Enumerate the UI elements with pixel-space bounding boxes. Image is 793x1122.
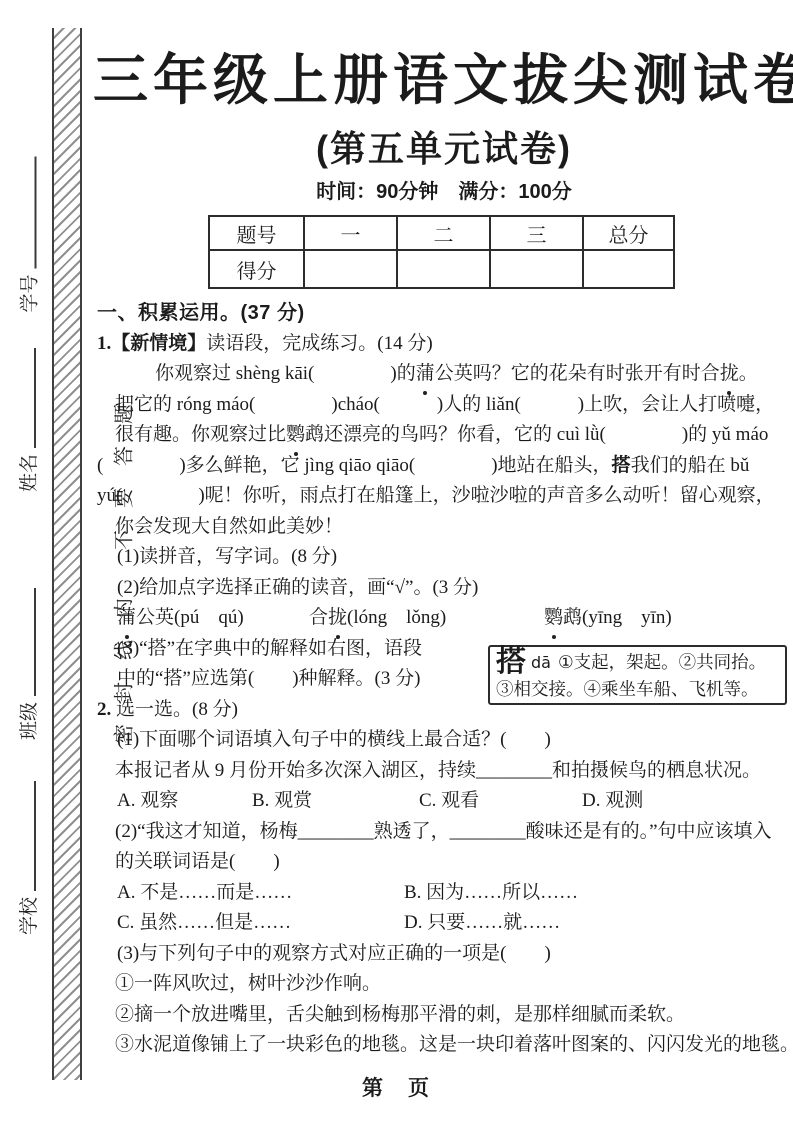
q2-sub1-options: A. 观察B. 观赏C. 观看D. 观测 [95, 786, 793, 817]
dict-box-line2: ③相交接。④乘坐车船、飞机等。 [496, 676, 779, 702]
dict-headword: 搭 [496, 645, 526, 678]
section1-heading: 一、积累运用。(37 分) [95, 298, 793, 329]
score-cell [304, 250, 397, 288]
q2-sub3: (3)与下列句子中的观察方式对应正确的一项是( ) [95, 939, 793, 970]
q1-passage-line6: 你会发现大自然如此美妙！ [95, 512, 793, 543]
score-table-value-row: 得分 [209, 250, 674, 288]
pinyin-item-helong: 合拢(lóng lǒng) [309, 603, 544, 634]
student-id-label: 学号 [14, 274, 41, 312]
q1-label: 1.【新情境】读语段，完成练习。(14 分) [95, 329, 793, 360]
score-header-cell: 题号 [209, 216, 304, 250]
student-name-blank-line [32, 348, 36, 448]
score-cell [490, 250, 583, 288]
q2-sub2-options-row2: C. 虽然……但是……D. 只要……就…… [95, 908, 793, 939]
seal-line-strip: 密封线内不要答题 [52, 28, 82, 1080]
q1-passage-line5: yú( )呢！你听，雨点打在船篷上，沙啦沙啦的声音多么动听！留心观察， [95, 481, 793, 512]
score-cell [583, 250, 674, 288]
school-label: 学校 [14, 897, 41, 935]
option-b: B. 因为……所以…… [404, 882, 578, 903]
option-a: A. 不是……而是…… [117, 878, 404, 909]
score-row-label: 得分 [209, 250, 304, 288]
page-footer: 第 页 [0, 1072, 793, 1102]
student-name-label: 姓名 [14, 454, 41, 492]
q2-sub2-line2: 的关联词语是( ) [95, 847, 793, 878]
score-table-header-row: 题号 一 二 三 总分 [209, 216, 674, 250]
class-blank-line [32, 588, 36, 696]
q2-sub3-item1: ①一阵风吹过，树叶沙沙作响。 [95, 969, 793, 1000]
school-field: 学校 [12, 763, 42, 935]
score-header-cell: 二 [397, 216, 490, 250]
option-c: C. 虽然……但是…… [117, 908, 404, 939]
q1-sub1: (1)读拼音，写字词。(8 分) [95, 542, 793, 573]
option-b: B. 观赏 [252, 786, 419, 817]
dict-definitions-2: ③相交接。④乘坐车船、飞机等。 [496, 679, 759, 699]
exam-body: 一、积累运用。(37 分) 1.【新情境】读语段，完成练习。(14 分) 你观察… [95, 298, 793, 1061]
score-table: 题号 一 二 三 总分 得分 [208, 215, 675, 289]
q2-sub1: (1)下面哪个词语填入句子中的横线上最合适？( ) [95, 725, 793, 756]
option-d: D. 观测 [582, 790, 643, 811]
q2-sub3-item3: ③水泥道像铺上了一块彩色的地毯。这是一块印着落叶图案的、闪闪发光的地毯。 [95, 1030, 793, 1061]
q2-sub3-item2: ②摘一个放进嘴里，舌尖触到杨梅那平滑的刺，是那样细腻而柔软。 [95, 1000, 793, 1031]
class-field: 班级 [12, 570, 42, 740]
option-a: A. 观察 [117, 786, 252, 817]
page-subtitle: (第五单元试卷) [95, 124, 793, 174]
dict-pinyin: dā [531, 653, 551, 672]
student-id-field: 学号 [13, 138, 43, 313]
dict-box-line1: 搭dā①支起，架起。②共同抬。 [496, 649, 779, 676]
score-cell [397, 250, 490, 288]
score-header-cell: 一 [304, 216, 397, 250]
score-header-cell: 三 [490, 216, 583, 250]
q1-sub2: (2)给加点字选择正确的读音，画“√”。(3 分) [95, 573, 793, 604]
time-info: 时间：90分钟 满分：100分 [95, 178, 793, 206]
dict-definitions-1: ①支起，架起。②共同抬。 [558, 652, 766, 672]
option-c: C. 观看 [419, 786, 582, 817]
q1-pinyin-row: 蒲公英(pú qú)合拢(lóng lǒng)鹦鹉(yīng yīn) [95, 603, 793, 634]
q1-passage-line2: 把它的 róng máo( )cháo( )人的 liǎn( )上吹，会让人打喷… [95, 390, 793, 421]
q1-passage-line4: ( )多么鲜艳，它 jìng qiāo qiāo( )地站在船头，搭我们的船在 … [95, 451, 793, 482]
dictionary-definition-box: 搭dā①支起，架起。②共同抬。 ③相交接。④乘坐车船、飞机等。 [488, 645, 787, 705]
score-header-cell: 总分 [583, 216, 674, 250]
exam-paper-page: 密封线内不要答题 学号 姓名 班级 学校 三年级上册语文拔尖测试卷 (第五单元试… [0, 0, 793, 1122]
page-title: 三年级上册语文拔尖测试卷 [93, 40, 793, 120]
q1-passage-line3: 很有趣。你观察过比鹦鹉还漂亮的鸟吗？你看，它的 cuì lǜ( )的 yǔ má… [95, 420, 793, 451]
q2-sub2-line1: (2)“我这才知道，杨梅________熟透了，________酸味还是有的。”… [95, 817, 793, 848]
q2-sub2-options-row1: A. 不是……而是……B. 因为……所以…… [95, 878, 793, 909]
pinyin-item-pugongying: 蒲公英(pú qú) [117, 603, 309, 634]
student-name-field: 姓名 [12, 330, 42, 492]
q2-sub1-sentence: 本报记者从 9 月份开始多次深入湖区，持续________和拍摄候鸟的栖息状况。 [95, 756, 793, 787]
student-id-blank-line [33, 156, 37, 268]
q1-passage-line1: 你观察过 shèng kāi( )的蒲公英吗？它的花朵有时张开有时合拢。 [95, 359, 793, 390]
class-label: 班级 [14, 702, 41, 740]
school-blank-line [32, 781, 36, 891]
pinyin-item-yingwu: 鹦鹉(yīng yīn) [544, 607, 672, 628]
option-d: D. 只要……就…… [404, 912, 560, 933]
